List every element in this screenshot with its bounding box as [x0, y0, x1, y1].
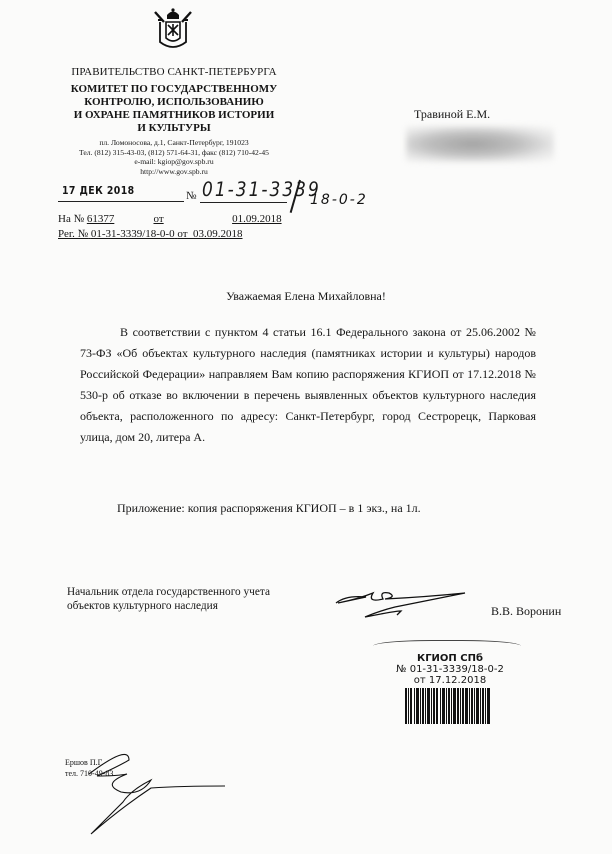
committee-line: КОМИТЕТ ПО ГОСУДАРСТВЕННОМУ: [56, 83, 292, 96]
email: e-mail: kgiop@gov.spb.ru: [56, 157, 292, 167]
executor-signature-icon: [75, 748, 225, 836]
handwritten-signature-icon: [333, 585, 498, 625]
position-line: Начальник отдела государственного учета: [67, 585, 270, 599]
reg-date: 03.09.2018: [193, 228, 243, 240]
signer-position: Начальник отдела государственного учета …: [67, 585, 270, 613]
committee-line: И ОХРАНЕ ПАМЯТНИКОВ ИСТОРИИ: [56, 109, 292, 122]
date-underline: [58, 201, 184, 202]
barcode-org: КГИОП СПб: [390, 653, 510, 664]
coat-of-arms-icon: [149, 6, 197, 54]
government-title: ПРАВИТЕЛЬСТВО САНКТ-ПЕТЕРБУРГА: [56, 66, 292, 79]
in-reply-date: 01.09.2018: [170, 213, 282, 225]
in-reply-label: На №: [58, 213, 84, 225]
from-label: от: [177, 228, 187, 240]
phones: Тел. (812) 315-43-03, (812) 571-64-31, ф…: [56, 148, 292, 158]
number-label: №: [186, 190, 197, 202]
committee-line: КОНТРОЛЮ, ИСПОЛЬЗОВАНИЮ: [56, 96, 292, 109]
barcode-date: от 17.12.2018: [380, 675, 520, 686]
letterhead: ПРАВИТЕЛЬСТВО САНКТ-ПЕТЕРБУРГА КОМИТЕТ П…: [56, 66, 292, 135]
recipient-name: Травиной Е.М.: [414, 107, 490, 122]
position-line: объектов культурного наследия: [67, 599, 270, 613]
letter-body: В соответствии с пунктом 4 статьи 16.1 Ф…: [80, 322, 536, 448]
website: http://www.gov.spb.ru: [56, 167, 292, 177]
reg-label: Рег. №: [58, 228, 88, 240]
number-underline: [200, 202, 287, 203]
barcode-number: № 01-31-3339/18-0-2: [380, 664, 520, 675]
in-reply-reference: На № 61377 от01.09.2018: [58, 213, 282, 225]
signer-name: В.В. Воронин: [491, 604, 561, 619]
salutation: Уважаемая Елена Михайловна!: [0, 289, 612, 304]
barcode-icon: [405, 688, 491, 724]
from-label: от: [148, 213, 170, 225]
contact-info: пл. Ломоносова, д.1, Санкт-Петербург, 19…: [56, 138, 292, 177]
committee-title: КОМИТЕТ ПО ГОСУДАРСТВЕННОМУ КОНТРОЛЮ, ИС…: [56, 83, 292, 135]
handwritten-outgoing-number: 01-31-3339: [202, 179, 321, 202]
attachment-note: Приложение: копия распоряжения КГИОП – в…: [117, 501, 421, 516]
committee-line: И КУЛЬТУРЫ: [56, 122, 292, 135]
stamp-date: 17 ДЕК 2018: [62, 184, 135, 197]
address: пл. Ломоносова, д.1, Санкт-Петербург, 19…: [56, 138, 292, 148]
redacted-address: [406, 126, 554, 162]
registration-reference: Рег. № 01-31-3339/18-0-0 от 03.09.2018: [58, 228, 243, 240]
in-reply-number: 61377: [87, 213, 145, 225]
handwritten-number-suffix: 18-0-2: [310, 192, 368, 208]
reg-number: 01-31-3339/18-0-0: [91, 228, 175, 240]
